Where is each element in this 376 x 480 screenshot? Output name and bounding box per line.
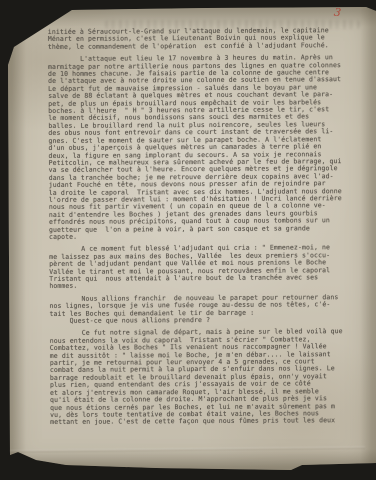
paragraph: initiée à Séraucourt-le-Grand sur l'atta… xyxy=(48,27,350,51)
paragraph: L'attaque eut lieu le 17 novembre à 3 he… xyxy=(48,54,351,241)
paragraph: Ce fut notre signal de départ, mais à pe… xyxy=(50,329,353,427)
paragraph: A ce moment fut blessé l'adjudant qui cr… xyxy=(49,244,351,290)
paragraph: Nous allions franchir de nouveau le para… xyxy=(49,294,351,325)
scanned-document-page: 3 initiée à Séraucourt-le-Grand sur l'at… xyxy=(0,0,376,480)
typewritten-text-block: initiée à Séraucourt-le-Grand sur l'atta… xyxy=(48,27,352,432)
